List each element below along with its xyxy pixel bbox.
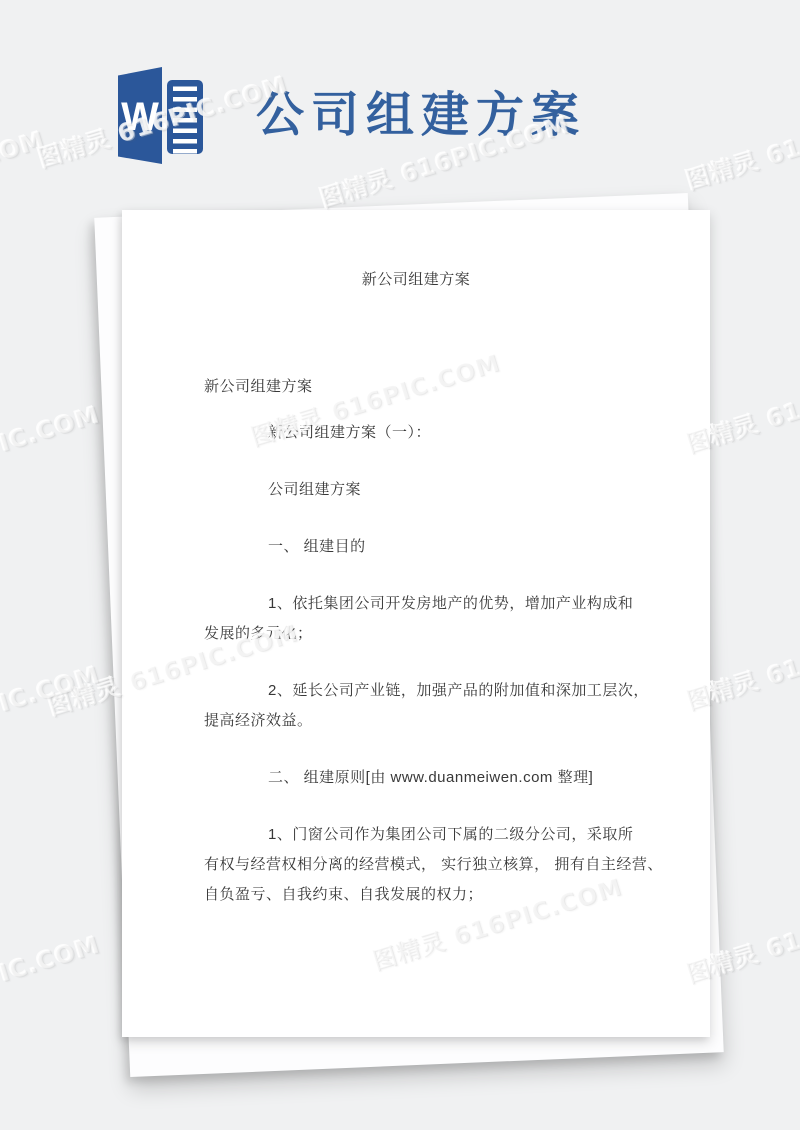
doc-paragraph: 1、门窗公司作为集团公司下属的二级分公司，采取所 有权与经营权相分离的经营模式，… [204,820,628,910]
watermark-text: 图精灵 616PIC.COM [0,925,103,1034]
doc-paragraph: 新公司组建方案 [204,372,628,402]
page-title: 公司组建方案 [256,76,586,145]
doc-paragraph: 2、延长公司产业链，加强产品的附加值和深加工层次， 提高经济效益。 [204,676,628,736]
doc-paragraph: 新公司组建方案 [204,265,628,295]
doc-paragraph: 二、 组建原则[由 www.duanmeiwen.com 整理] [204,763,628,793]
word-w-panel-icon: W [118,67,162,164]
watermark-text: 图精灵 616PIC.COM [0,655,103,764]
document-page: 新公司组建方案新公司组建方案新公司组建方案（一）：公司组建方案一、 组建目的1、… [122,210,710,1037]
word-letter: W [121,95,159,139]
doc-paragraph: 1、依托集团公司开发房地产的优势，增加产业构成和 发展的多元化； [204,589,628,649]
doc-paragraph: 新公司组建方案（一）： [204,418,628,448]
watermark-text: 图精灵 616PIC.COM [0,395,103,504]
doc-paragraph: 公司组建方案 [204,475,628,505]
doc-paragraph: 一、 组建目的 [204,532,628,562]
word-document-sheet-icon [167,80,203,154]
watermark-text: 图精灵 616PIC.COM [681,87,800,196]
header: W 公司组建方案 [110,66,586,166]
watermark-text: 图精灵 616PIC.COM [0,120,48,229]
word-icon: W [110,66,210,166]
